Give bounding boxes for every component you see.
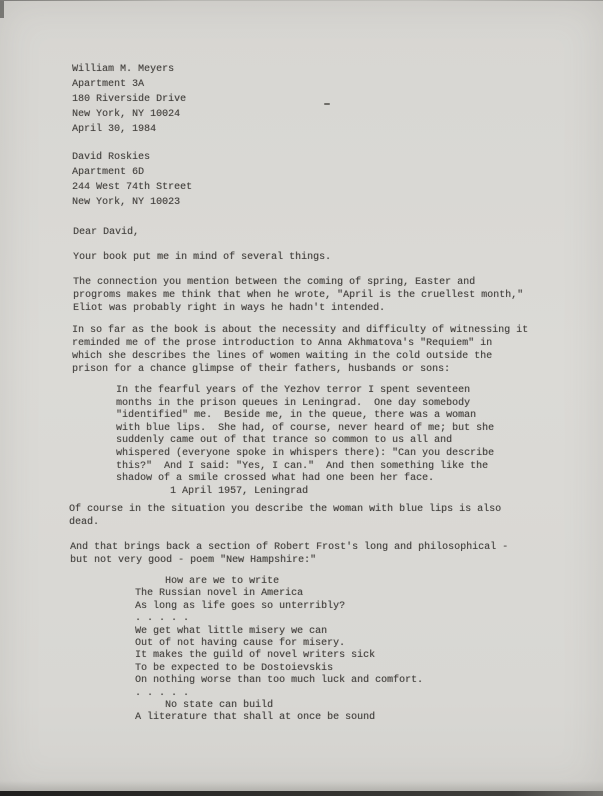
paragraph-eliot: The connection you mention between the c… xyxy=(73,276,523,315)
paragraph-opening: Your book put me in mind of several thin… xyxy=(73,251,331,264)
scan-top-edge xyxy=(0,0,603,1)
paragraph-akhmatova: In so far as the book is about the neces… xyxy=(72,324,528,376)
salutation: Dear David, xyxy=(73,226,139,239)
recipient-address: David Roskies Apartment 6D 244 West 74th… xyxy=(72,150,192,210)
paragraph-frost: And that brings back a section of Robert… xyxy=(70,541,508,567)
blockquote-requiem: In the fearful years of the Yezhov terro… xyxy=(116,385,494,498)
sender-address: William M. Meyers Apartment 3A 180 River… xyxy=(72,62,186,137)
stray-ink-mark xyxy=(324,103,330,105)
letter-page: William M. Meyers Apartment 3A 180 River… xyxy=(0,0,603,796)
scan-bottom-edge xyxy=(0,791,603,796)
poem-new-hampshire: How are we to write The Russian novel in… xyxy=(135,576,423,725)
paragraph-blue-lips: Of course in the situation you describe … xyxy=(69,503,501,529)
scan-bottom-shade xyxy=(0,781,603,791)
scan-corner-mark xyxy=(0,1,4,18)
